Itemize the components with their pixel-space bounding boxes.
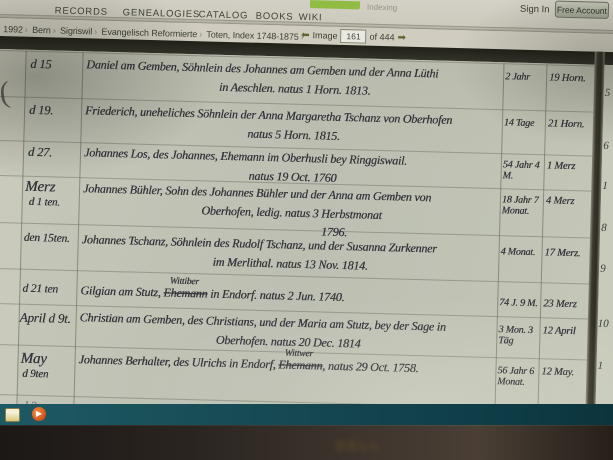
entry-burial-date: 21 Horn.	[548, 118, 596, 130]
prev-image-icon[interactable]: ⬅	[301, 29, 310, 40]
next-image-icon[interactable]: ➡	[397, 32, 406, 43]
entry-margin-date: d 21 ten	[22, 283, 78, 296]
entry-burial-date: 4 Merz	[546, 195, 594, 207]
entry-age: 14 Tage	[504, 117, 546, 129]
entry-age: 18 Jahr 7 Monat.	[502, 194, 545, 217]
inserted-word: Wittiber	[170, 277, 199, 288]
entry-margin-date: d 1 ten.	[29, 196, 85, 209]
gutter-number: 8	[601, 222, 607, 234]
entry-margin-date: d 15	[30, 57, 86, 73]
partial-green-tab[interactable]	[310, 0, 360, 9]
os-taskbar: ▶	[0, 404, 613, 425]
entry-age: 56 Jahr 6 Monat.	[497, 365, 540, 388]
gutter-number: 5	[605, 87, 611, 99]
entry-margin-month: Merz	[25, 179, 81, 197]
entry-margin-date: April d 9t.	[19, 310, 75, 327]
gutter-number: 6	[603, 140, 609, 152]
struck-word: Ehemann	[163, 285, 207, 300]
sign-in-link[interactable]: Sign In	[520, 4, 550, 16]
monitor-bezel: DELL	[0, 425, 613, 460]
entry-age: 74 J. 9 M.	[499, 297, 541, 309]
entry-burial-date: 12 April	[542, 325, 590, 337]
inserted-word: Wittwer	[285, 349, 313, 360]
entry-margin-date: den 15ten.	[24, 232, 80, 245]
crumb-bern[interactable]: Bern	[32, 25, 51, 35]
gutter-number: 10	[598, 318, 609, 330]
entry-age: 2 Jahr	[505, 71, 547, 83]
entry-burial-date: 12 May.	[541, 366, 589, 378]
gutter-number: 1	[602, 180, 608, 192]
entry-margin-month: May	[20, 351, 76, 369]
entry-age: 54 Jahr 4 M.	[502, 159, 545, 182]
gutter-number: 9	[600, 263, 606, 275]
entry-burial-date: 17 Merz.	[544, 247, 592, 259]
image-number-input[interactable]	[340, 29, 366, 44]
crumb-sigriswil[interactable]: Sigriswil	[60, 26, 92, 37]
image-navigator: ⬅ Image of 444 ➡	[301, 28, 406, 45]
entry-burial-date: 23 Merz	[543, 298, 591, 310]
partial-tab-label: Indexing	[367, 3, 397, 13]
entry-margin-date: d 27.	[28, 145, 84, 161]
free-account-button[interactable]: Free Account	[555, 1, 609, 19]
image-count: of 444	[369, 32, 394, 43]
media-player-icon[interactable]: ▶	[32, 407, 46, 421]
dell-logo-glow: DELL	[336, 438, 382, 453]
entry-burial-date: 19 Horn.	[549, 72, 597, 84]
struck-word: Ehemann	[278, 357, 322, 372]
entry-age: 3 Mon. 3 Täg	[498, 324, 541, 347]
browser-screen: RECORDS GENEALOGIES CATALOG BOOKS WIKI I…	[0, 0, 613, 458]
entry-margin-date: d 19.	[29, 103, 85, 119]
gutter-number: 1	[597, 360, 603, 372]
entry-margin-date: d 9ten	[22, 368, 78, 381]
photo-of-monitor: RECORDS GENEALOGIES CATALOG BOOKS WIKI I…	[0, 0, 613, 460]
entry-age: 4 Monat.	[500, 246, 542, 258]
image-label: Image	[312, 30, 337, 41]
app-window-icon[interactable]	[5, 408, 20, 422]
crumb-collection[interactable]: 1992	[3, 24, 23, 35]
entry-burial-date: 1 Merz	[547, 160, 595, 172]
